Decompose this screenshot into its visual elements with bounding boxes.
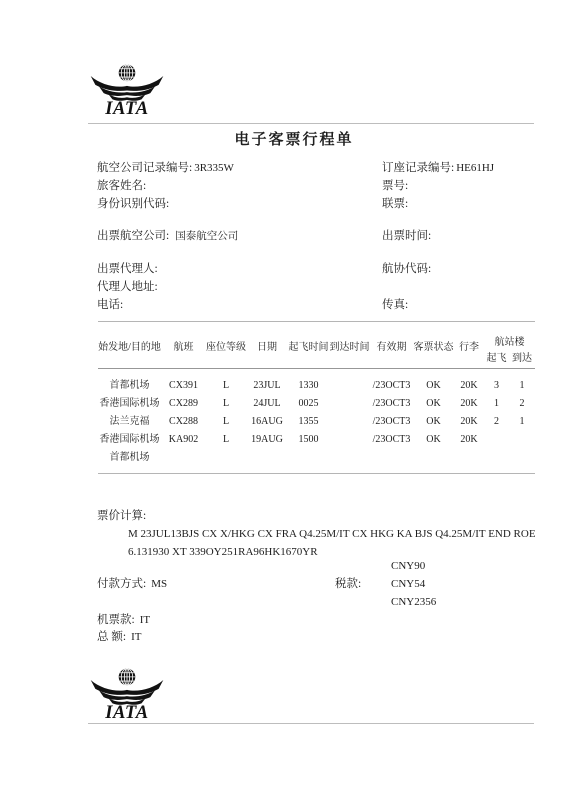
tax-label: 税款:: [335, 576, 361, 592]
phone-label: 电话:: [97, 299, 123, 311]
fax-label: 传真:: [382, 299, 408, 311]
booking-record-label: 订座记录编号:: [382, 162, 454, 174]
ticket-fare-label: 机票款:: [97, 614, 135, 626]
col-header-departure-time: 起飞时间: [288, 322, 329, 369]
page-title: 电子客票行程单: [88, 130, 500, 150]
iata-code-label: 航协代码:: [382, 263, 431, 275]
col-header-date: 日期: [246, 322, 288, 369]
header-divider: [88, 123, 534, 124]
col-header-terminal-arrival: 到达: [509, 349, 535, 369]
iata-logo-text: IATA: [104, 98, 149, 118]
field-row: 代理人地址:: [97, 278, 535, 296]
ticket-fare-value: IT: [140, 614, 150, 626]
id-code-label: 身份识别代码:: [97, 198, 169, 210]
table-bottom-spacer: [98, 467, 535, 474]
table-header-row: 始发地/目的地 航班 座位等级 日期 起飞时间 到达时间 有效期 客票状态 行李…: [98, 322, 535, 350]
total-value: IT: [131, 631, 141, 643]
airline-record-label: 航空公司记录编号:: [97, 162, 192, 174]
ticket-number-label: 票号:: [382, 180, 408, 192]
issuing-airline-label: 出票航空公司:: [97, 230, 169, 242]
table-row: 首都机场: [98, 449, 535, 467]
issue-time-label: 出票时间:: [382, 230, 431, 242]
fare-calc-label: 票价计算:: [97, 508, 146, 524]
fare-section: 票价计算: M 23JUL13BJS CX X/HKG CX FRA Q4.25…: [97, 500, 535, 660]
col-header-baggage: 行李: [454, 322, 484, 369]
iata-logo-top: IATA: [88, 62, 166, 118]
col-header-ticket-status: 客票状态: [413, 322, 454, 369]
field-row: 身份识别代码: 联票:: [97, 195, 535, 213]
field-row: 航空公司记录编号:3R335W 订座记录编号:HE61HJ: [97, 159, 535, 177]
iata-logo-bottom: IATA: [88, 666, 166, 722]
record-section: 航空公司记录编号:3R335W 订座记录编号:HE61HJ 旅客姓名: 票号: …: [97, 159, 535, 213]
payment-method-value: MS: [151, 578, 167, 590]
fare-amount: CNY90: [391, 558, 425, 574]
table-row: 首都机场CX391L23JUL1330/23OCT3OK20K31: [98, 369, 535, 396]
field-row: 电话: 传真:: [97, 296, 535, 314]
col-header-validity: 有效期: [370, 322, 413, 369]
col-header-terminal-group: 航站楼: [484, 322, 535, 350]
iata-wings-globe-icon: IATA: [88, 62, 166, 118]
issuing-airline-value: 国泰航空公司: [175, 231, 238, 242]
flight-segments-table: 始发地/目的地 航班 座位等级 日期 起飞时间 到达时间 有效期 客票状态 行李…: [98, 321, 535, 474]
tax-value-1: CNY54: [391, 576, 425, 592]
field-row: 旅客姓名: 票号:: [97, 177, 535, 195]
table-row: 法兰克福CX288L16AUG1355/23OCT3OK20K21: [98, 413, 535, 431]
total-label: 总 额:: [97, 631, 126, 643]
issue-section: 出票航空公司:国泰航空公司 出票时间: 出票代理人: 航协代码: 代理人地址: …: [97, 227, 535, 314]
agent-address-label: 代理人地址:: [97, 281, 158, 293]
field-row: 出票代理人: 航协代码:: [97, 260, 535, 278]
col-header-origin-destination: 始发地/目的地: [98, 322, 161, 369]
passenger-name-label: 旅客姓名:: [97, 180, 146, 192]
col-header-class: 座位等级: [206, 322, 246, 369]
col-header-terminal-departure: 起飞: [484, 349, 509, 369]
booking-record-value: HE61HJ: [456, 162, 494, 174]
table-row: 香港国际机场CX289L24JUL0025/23OCT3OK20K12: [98, 395, 535, 413]
issuing-agent-label: 出票代理人:: [97, 263, 158, 275]
iata-wings-globe-icon: IATA: [88, 666, 166, 722]
iata-logo-text: IATA: [104, 702, 149, 722]
eticket-itinerary-page: IATA 电子客票行程单 航空公司记录编号:3R335W 订座记录编号:HE61…: [0, 0, 565, 800]
tax-value-2: CNY2356: [391, 594, 436, 610]
field-row: 出票航空公司:国泰航空公司 出票时间:: [97, 227, 535, 245]
fare-calc-line1: M 23JUL13BJS CX X/HKG CX FRA Q4.25M/IT C…: [128, 526, 536, 542]
table-row: 香港国际机场KA902L19AUG1500/23OCT3OK20K: [98, 431, 535, 449]
col-header-flight: 航班: [161, 322, 206, 369]
footer-divider: [88, 723, 534, 724]
airline-record-value: 3R335W: [194, 162, 234, 174]
col-header-arrival-time: 到达时间: [329, 322, 370, 369]
payment-method-label: 付款方式:: [97, 578, 146, 590]
conjunction-ticket-label: 联票:: [382, 198, 408, 210]
fare-calc-line2: 6.131930 XT 339OY251RA96HK1670YR: [128, 544, 318, 560]
